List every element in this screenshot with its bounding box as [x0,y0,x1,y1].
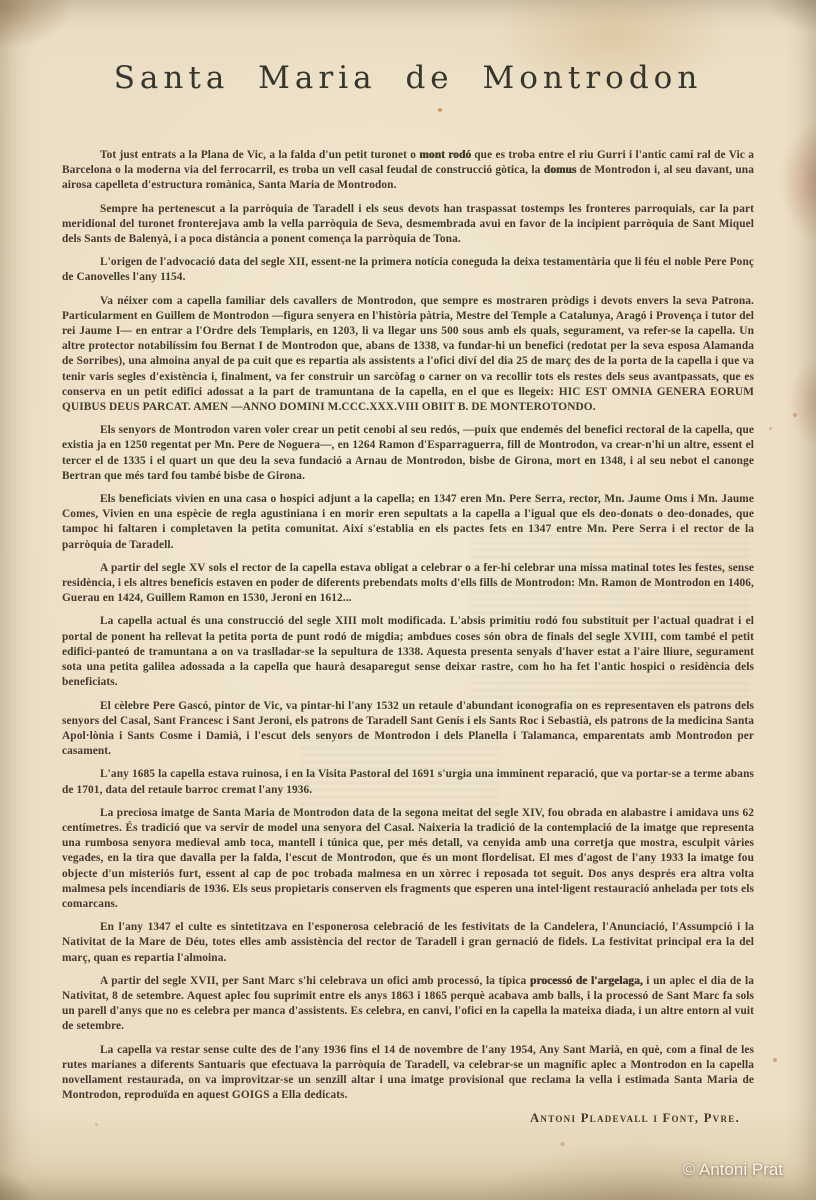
page-title: Santa Maria de Montrodon [0,0,816,96]
rust-speck [793,413,797,417]
rust-speck [438,108,442,112]
rust-speck [773,1058,777,1062]
paragraph: Els beneficiats vivien en una casa o hos… [62,492,754,553]
rust-speck [769,427,772,430]
paragraph: En l'any 1347 el culte es sintetitzava e… [62,920,754,966]
author-signature: Antoni Pladevall i Font, Pvre. [0,1111,740,1126]
article-body: Tot just entrats a la Plana de Vic, a la… [62,148,754,1103]
copyright-watermark: © Antoni Prat [683,1160,783,1180]
paragraph: L'any 1685 la capella estava ruinosa, i … [62,767,754,797]
paragraph: L'origen de l'advocació data del segle X… [62,255,754,285]
rust-speck [560,1142,565,1146]
paragraph: A partir del segle XV sols el rector de … [62,561,754,607]
rust-speck [95,1123,98,1126]
paragraph: Va néixer com a capella familiar dels ca… [62,294,754,416]
document-page: Santa Maria de Montrodon Tot just entrat… [0,0,816,1200]
paragraph: Tot just entrats a la Plana de Vic, a la… [62,148,754,194]
paragraph: La capella actual és una construcció del… [62,614,754,690]
paragraph: El cèlebre Pere Gascó, pintor de Vic, va… [62,699,754,760]
paragraph: Sempre ha pertenescut a la parròquia de … [62,202,754,248]
paragraph: La capella va restar sense culte des de … [62,1043,754,1104]
rust-speck [640,1075,650,1081]
paragraph: A partir del segle XVII, per Sant Marc s… [62,974,754,1035]
paragraph: Els senyors de Montrodon varen voler cre… [62,423,754,484]
paragraph: La preciosa imatge de Santa Maria de Mon… [62,806,754,912]
